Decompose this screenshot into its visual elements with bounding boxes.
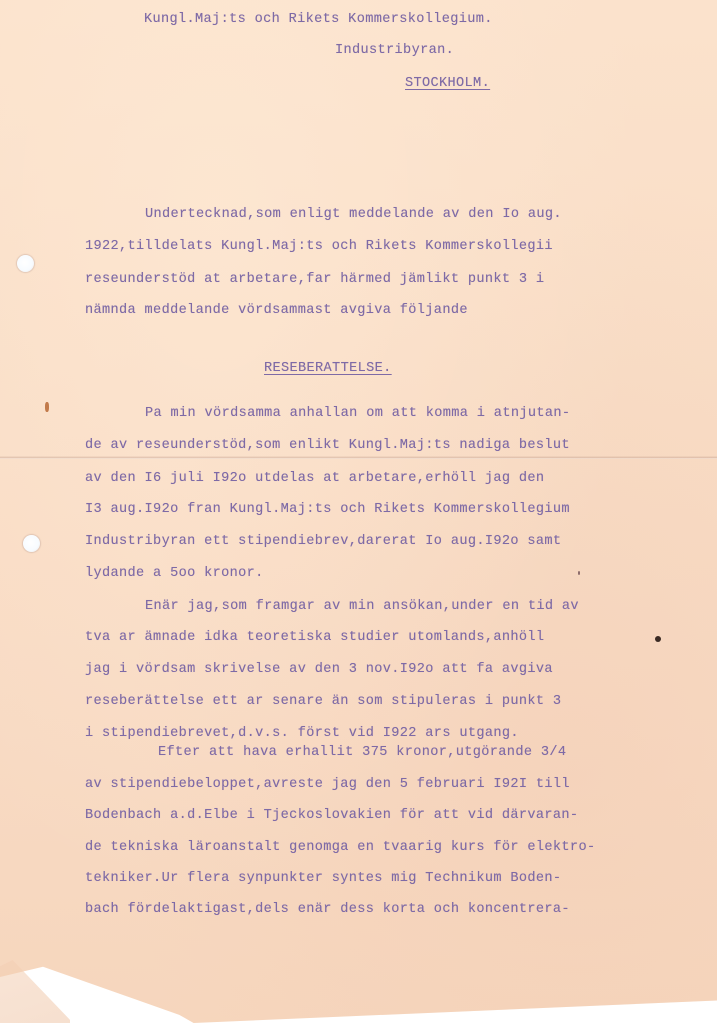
intro-line: reseunderstöd at arbetare,far härmed jäm… [85,272,544,287]
document-title: RESEBERATTELSE. [264,361,392,376]
paragraph-line: Bodenbach a.d.Elbe i Tjeckoslovakien för… [85,808,578,823]
paragraph-line: tekniker.Ur flera synpunkter syntes mig … [85,871,561,886]
intro-line: 1922,tilldelats Kungl.Maj:ts och Rikets … [85,239,553,254]
punch-hole [17,255,34,272]
department-line: Industribyran. [335,43,454,58]
paragraph-line: I3 aug.I92o fran Kungl.Maj:ts och Rikets… [85,502,570,517]
paragraph-line: bach fördelaktigast,dels enär dess korta… [85,902,570,917]
recipient-line: Kungl.Maj:ts och Rikets Kommerskollegium… [144,12,493,27]
paragraph-line: av den I6 juli I92o utdelas at arbetare,… [85,471,544,486]
paragraph-line: av stipendiebeloppet,avreste jag den 5 f… [85,777,570,792]
paragraph-line: tva ar ämnade idka teoretiska studier ut… [85,630,544,645]
paragraph-line: lydande a 5oo kronor. [85,566,264,581]
paragraph-line: Enär jag,som framgar av min ansökan,unde… [145,599,579,614]
ink-dot [655,636,661,642]
intro-line: nämnda meddelande vördsammast avgiva föl… [85,303,468,318]
paragraph-line: jag i vördsam skrivelse av den 3 nov.I92… [85,662,553,677]
ink-speck [578,571,580,575]
paragraph-line: Industribyran ett stipendiebrev,darerat … [85,534,561,549]
paragraph-line: reseberättelse ett ar senare än som stip… [85,694,561,709]
paragraph-line: de tekniska läroanstalt genomga en tvaar… [85,840,595,855]
city-line: STOCKHOLM. [405,76,490,91]
fold-crease [0,456,717,459]
paragraph-line: Pa min vördsamma anhallan om att komma i… [145,406,570,421]
punch-hole [23,535,40,552]
paragraph-line: Efter att hava erhallit 375 kronor,utgör… [158,745,566,760]
paragraph-line: i stipendiebrevet,d.v.s. först vid I922 … [85,726,519,741]
intro-line: Undertecknad,som enligt meddelande av de… [145,207,562,222]
stain-mark [45,402,49,412]
paragraph-line: de av reseunderstöd,som enlikt Kungl.Maj… [85,438,570,453]
